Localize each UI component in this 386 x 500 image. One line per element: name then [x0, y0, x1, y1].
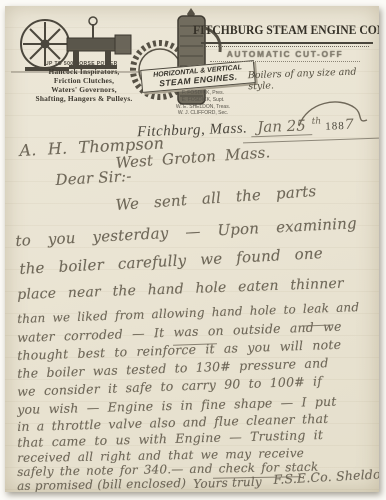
scanned-letter: UP TO 500 HORSE POWER Hancock Inspirator…: [0, 0, 386, 500]
company-name: FITCHBURG STEAM ENGINE COMPANY.: [193, 23, 368, 38]
officer-item: E. FOSDICK, Supt.: [153, 97, 253, 104]
boilers-note: Boilers of any size and style.: [248, 66, 379, 93]
product-list: Hancock Inspirators, Friction Clutches, …: [21, 68, 147, 104]
salutation: Dear Sir:-: [55, 167, 132, 189]
ornament-rule: [210, 61, 360, 62]
officer-list: F. FOSDICK, Pres. E. FOSDICK, Supt. W. E…: [153, 90, 253, 117]
officer-item: F. FOSDICK, Pres.: [153, 90, 253, 97]
automatic-cutoff-label: AUTOMATIC CUT-OFF: [205, 49, 365, 59]
dateline-year-handwritten: 7: [344, 117, 353, 133]
dateline: Fitchburg, Mass. Jan 25th 1887: [137, 114, 379, 142]
dateline-ordinal: th: [312, 117, 322, 127]
officer-item: W. E. SHELDON, Treas.: [153, 104, 253, 111]
body-line: the boiler carefully we found one: [19, 244, 323, 278]
dateline-rule: [243, 138, 379, 144]
ornament-rule: [201, 42, 373, 44]
body-line: We sent all the parts: [115, 182, 317, 214]
ornament-rule: [205, 46, 369, 47]
letter-paper: UP TO 500 HORSE POWER Hancock Inspirator…: [5, 6, 379, 492]
body-line: place near the hand hole eaten thinner: [17, 276, 344, 303]
product-item: Shafting, Hangers & Pulleys.: [21, 95, 147, 104]
officer-item: W. J. CLIFFORD, Sec.: [153, 110, 253, 117]
dateline-handwritten-date: Jan 25: [251, 116, 312, 137]
dateline-year-printed: 188: [325, 120, 345, 133]
body-line: as promised (bill enclosed): [17, 476, 186, 492]
